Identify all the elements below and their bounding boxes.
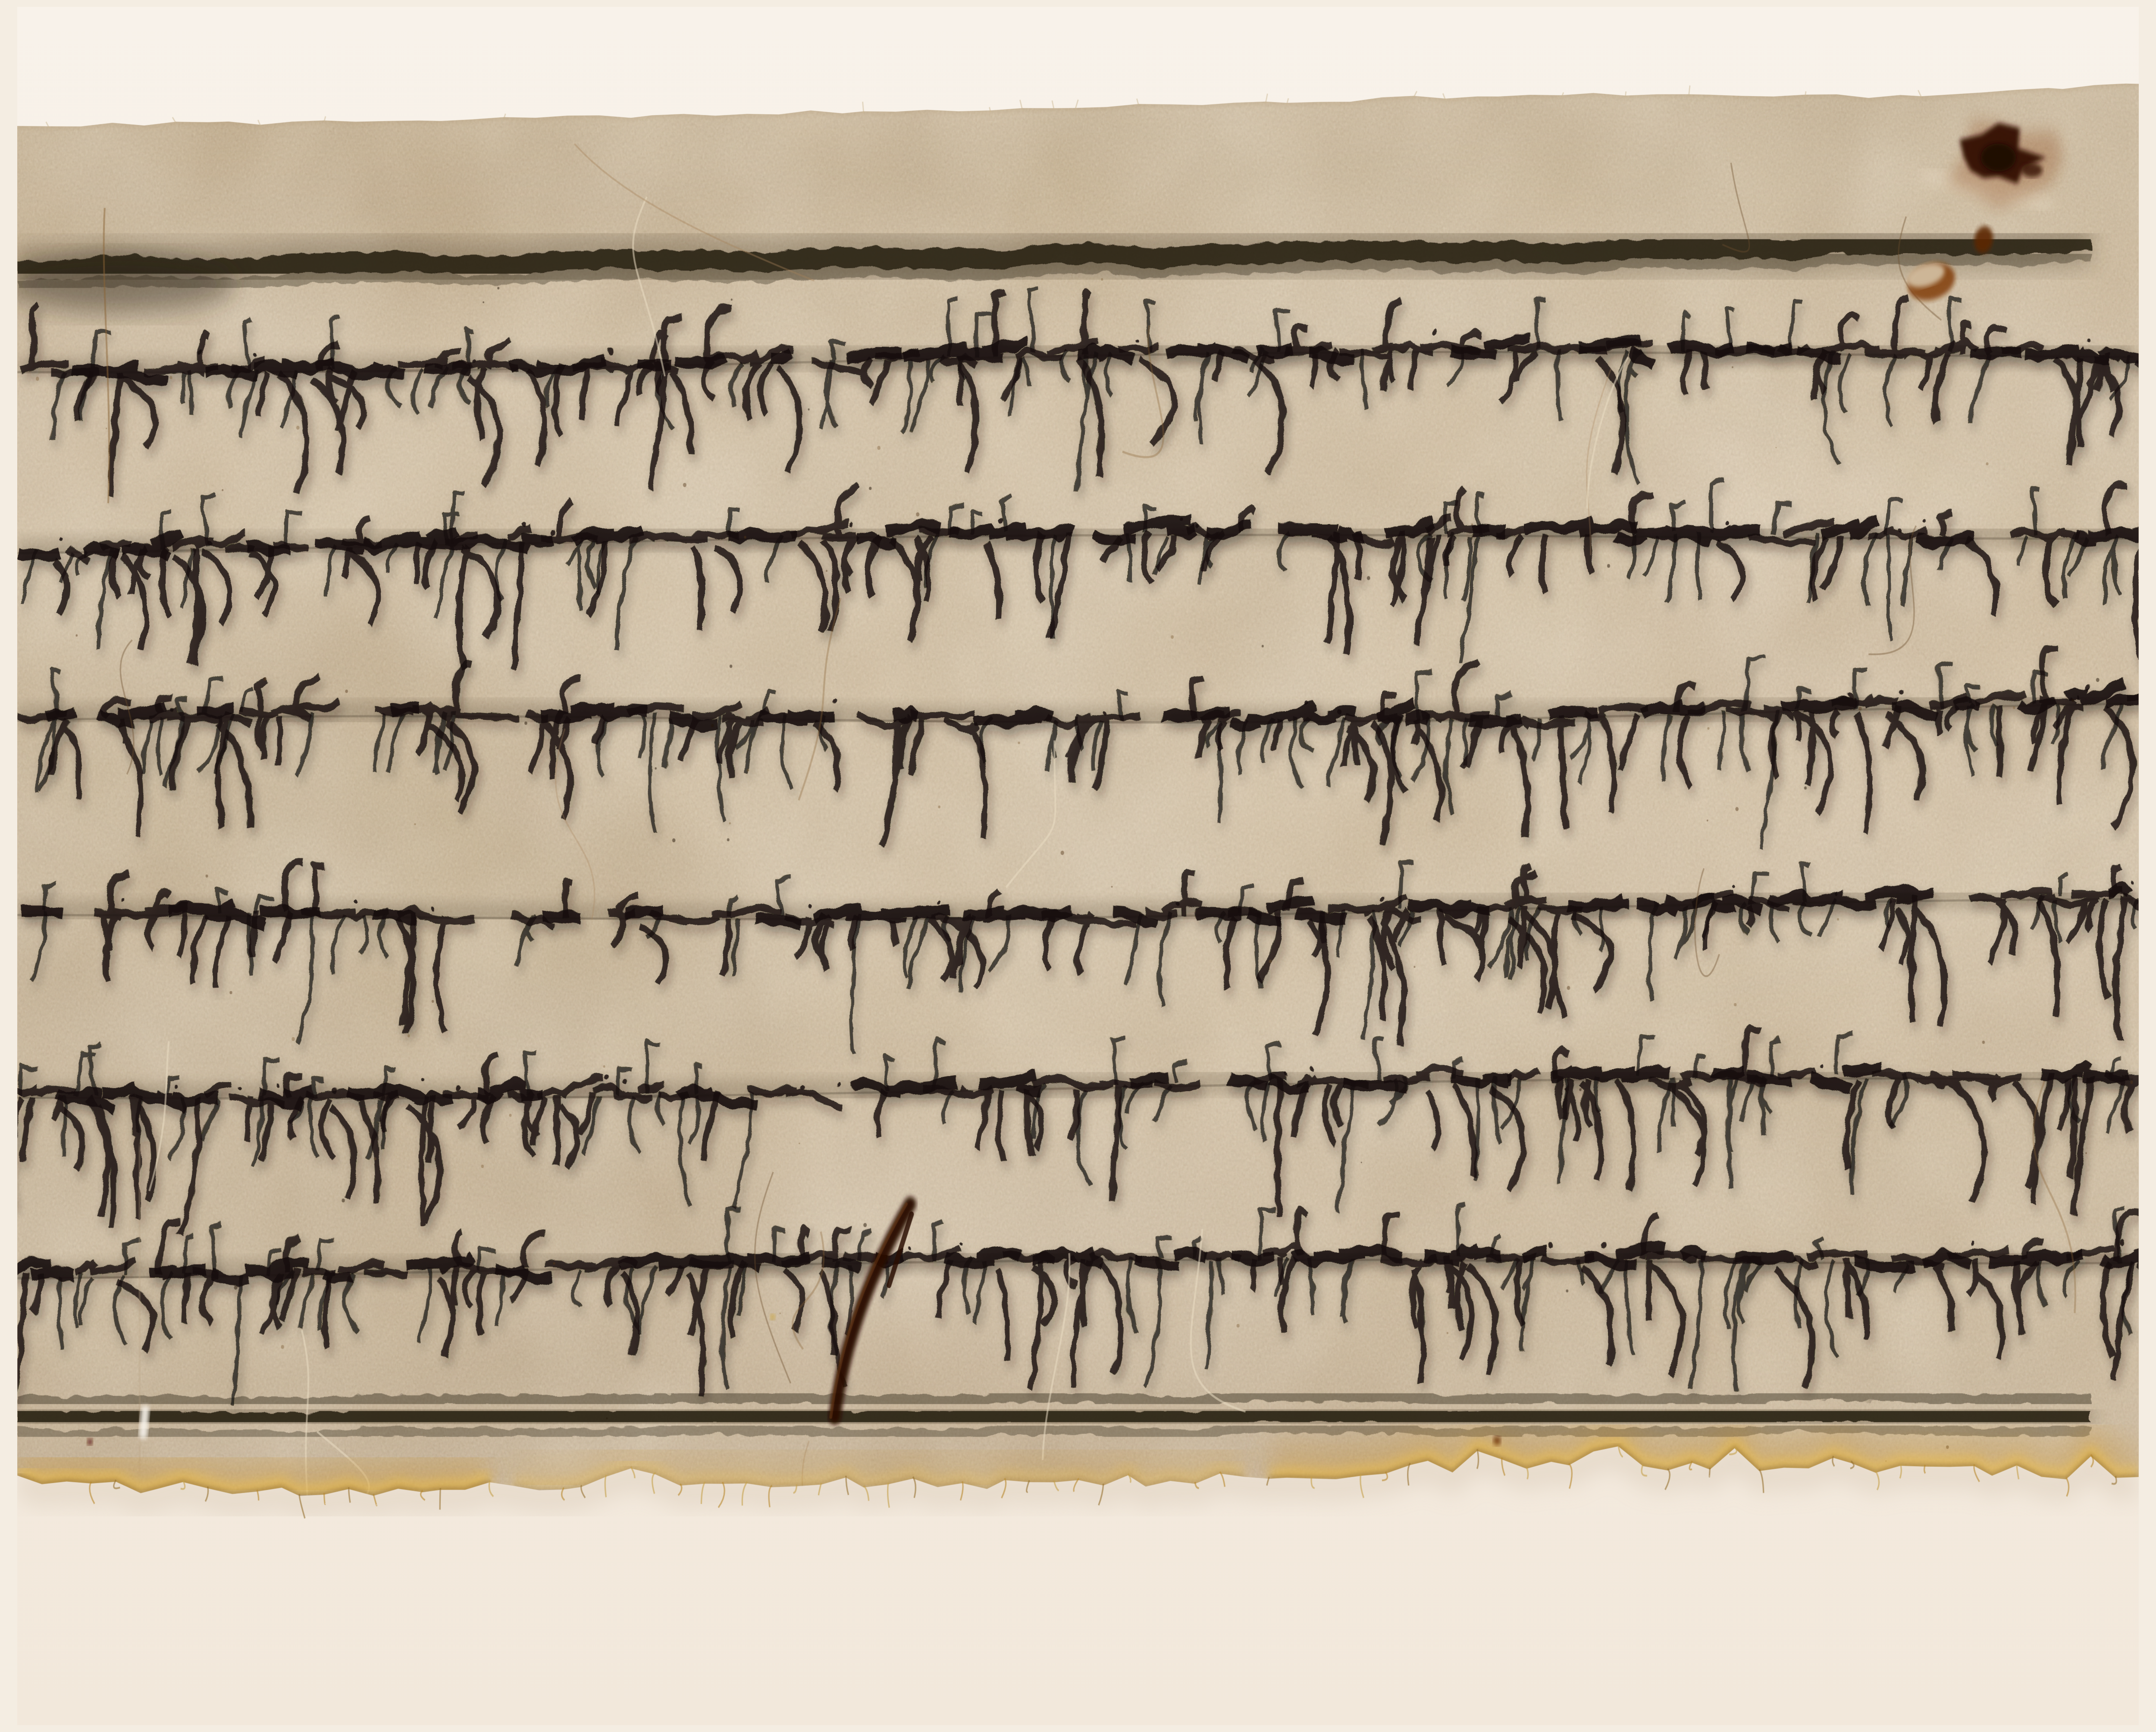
bottom-border-rule xyxy=(17,1394,2091,1436)
dot-stain xyxy=(87,1438,93,1445)
manuscript-photo xyxy=(17,7,2139,1725)
manuscript-scene xyxy=(17,7,2139,1725)
dot-stain xyxy=(770,1314,775,1320)
